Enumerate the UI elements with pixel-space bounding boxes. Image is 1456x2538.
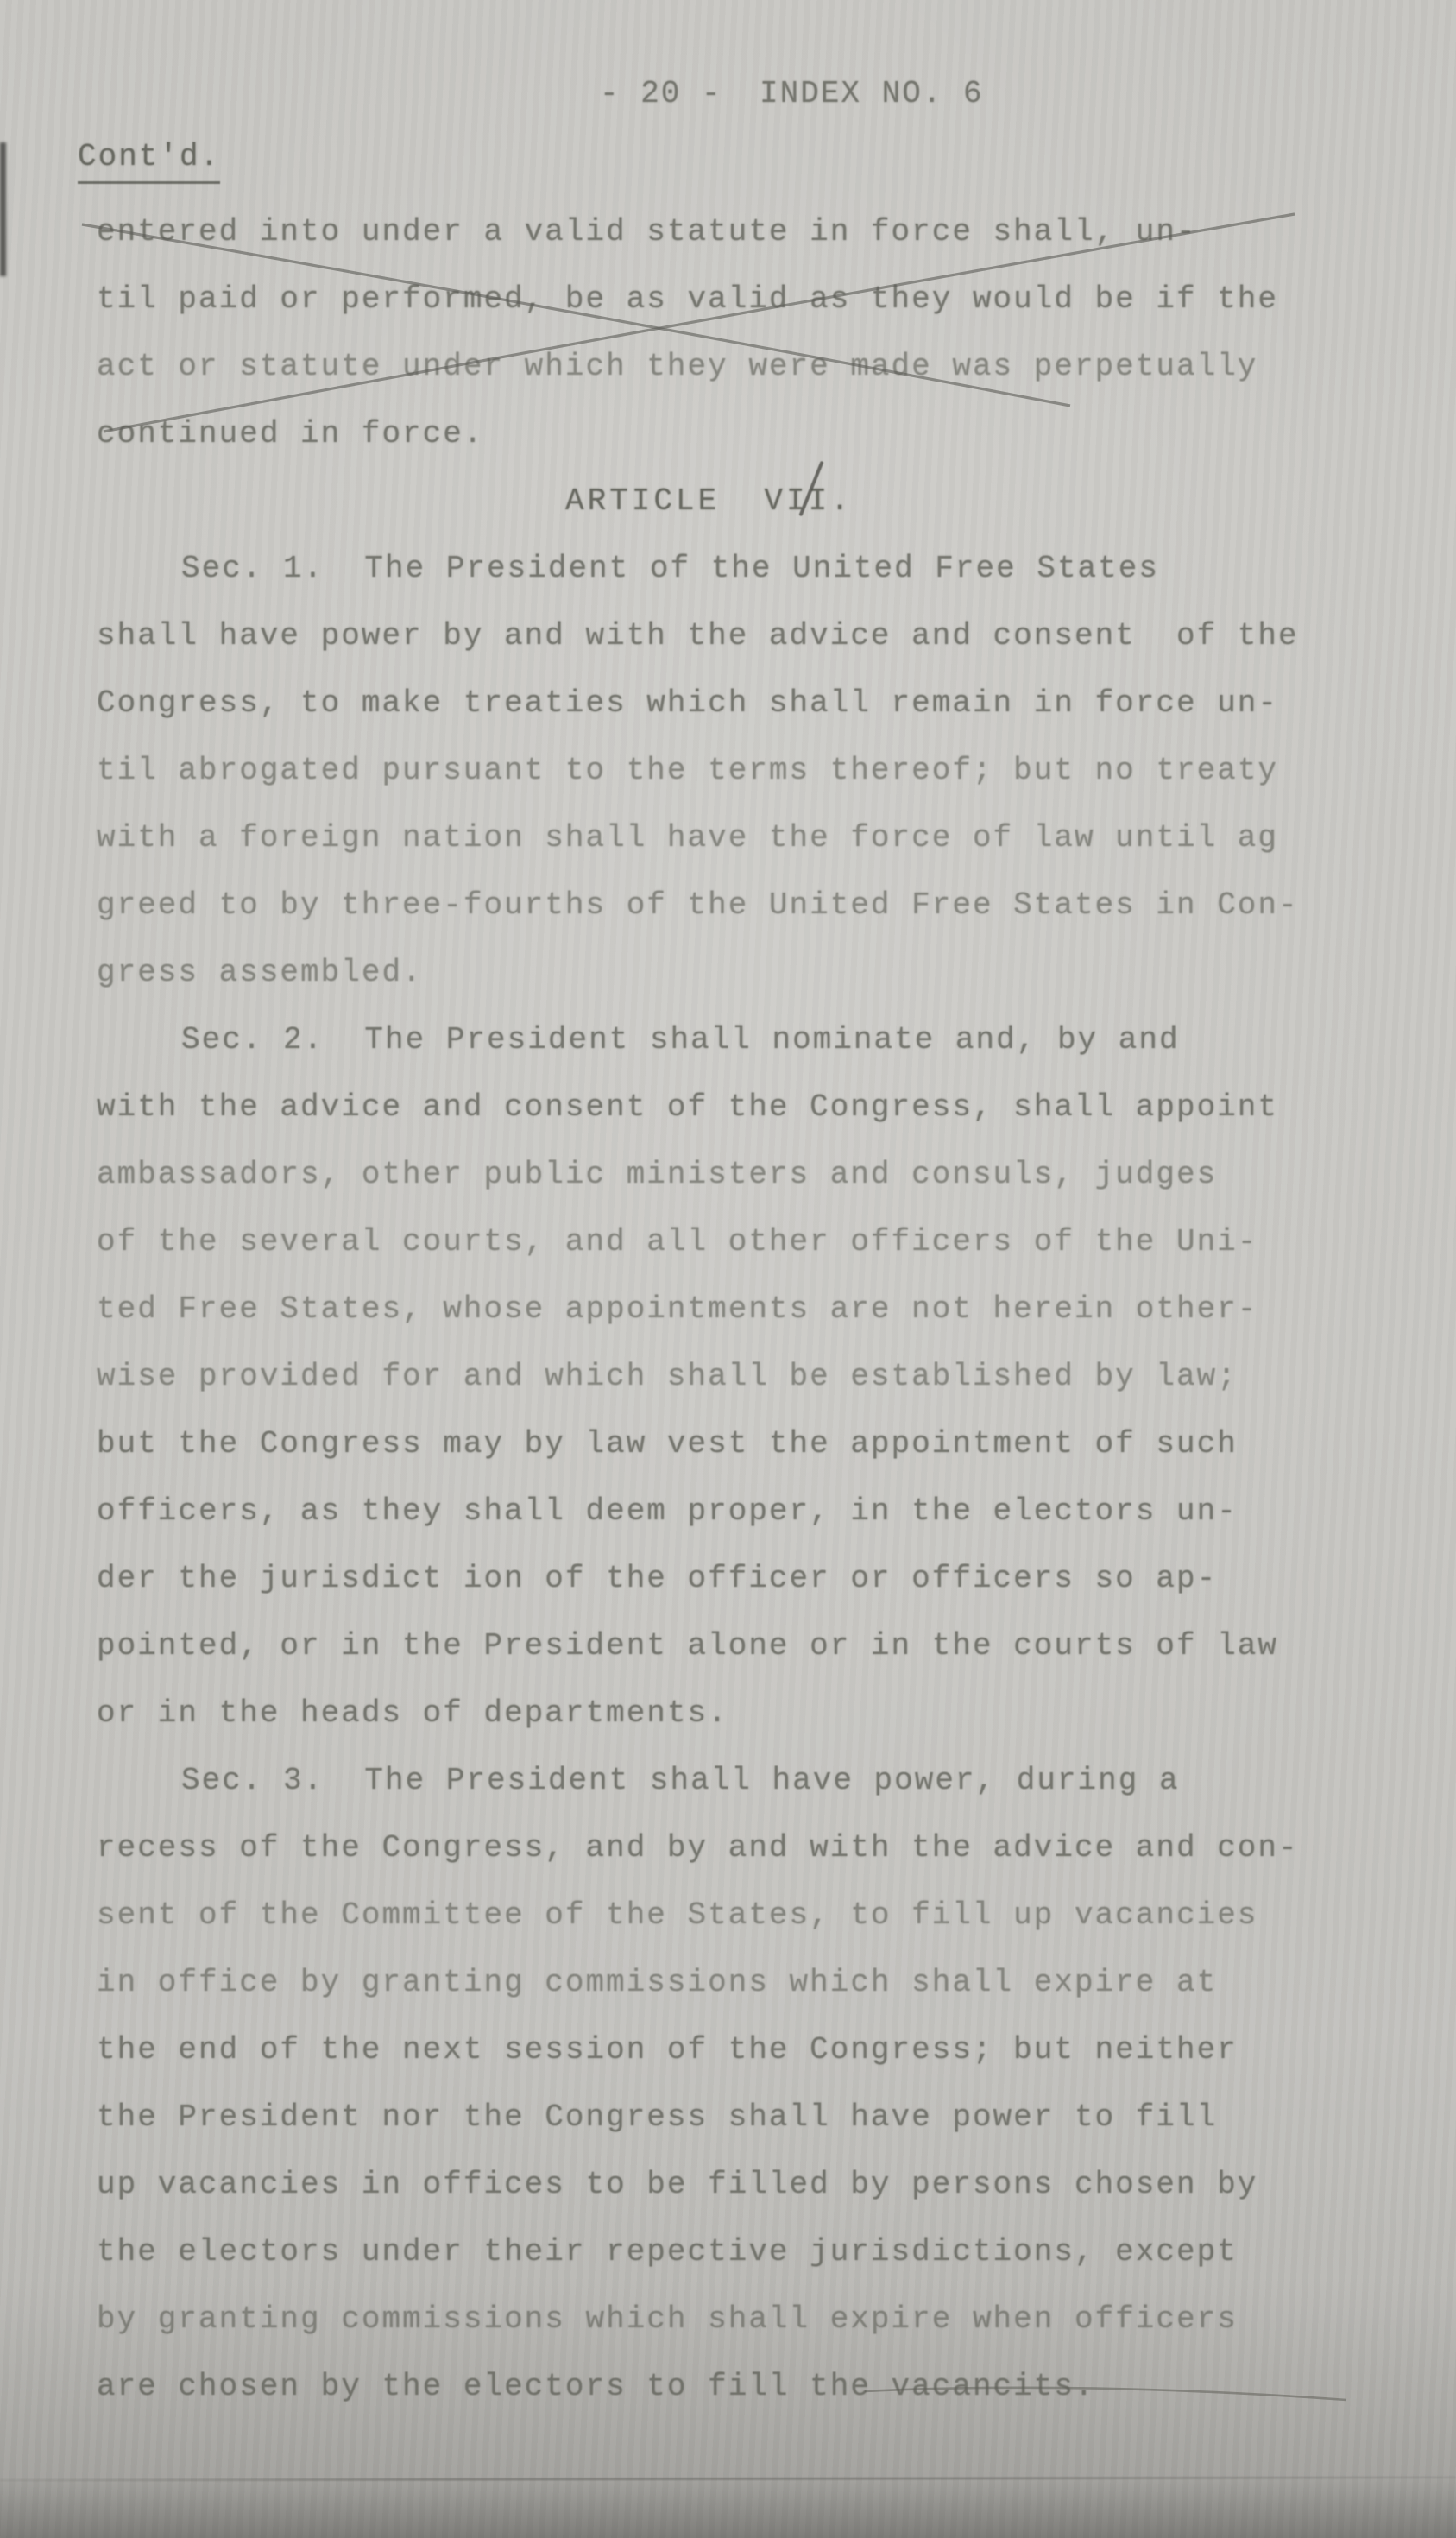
typed-line: Congress, to make treaties which shall r… [97, 683, 1278, 724]
typed-line: but the Congress may by law vest the app… [97, 1424, 1238, 1465]
typed-line: of the several courts, and all other off… [97, 1222, 1257, 1263]
scan-edge-artifact [0, 142, 6, 276]
typed-line: greed to by three-fourths of the United … [97, 885, 1299, 926]
typed-line: with the advice and consent of the Congr… [97, 1087, 1278, 1128]
index-label: INDEX NO. 6 [760, 73, 984, 115]
typed-line: the electors under their repective juris… [97, 2232, 1238, 2273]
typed-line: in office by granting commissions which … [97, 1962, 1217, 2004]
typed-line: are chosen by the electors to fill the v… [97, 2366, 1095, 2408]
typed-line: or in the heads of departments. [97, 1693, 728, 1734]
typed-line: continued in force. [97, 414, 483, 455]
typed-line: act or statute under which they were mad… [97, 346, 1257, 388]
typed-line: ted Free States, whose appointments are … [97, 1289, 1257, 1330]
typed-line: pointed, or in the President alone or in… [97, 1626, 1278, 1667]
typed-line-sec3: Sec. 3. The President shall have power, … [181, 1760, 1180, 1802]
bottom-shadow [0, 2478, 1456, 2538]
typed-line: der the jurisdict ion of the officer or … [97, 1558, 1217, 1600]
typed-line: gress assembled. [97, 952, 423, 994]
typed-line: ambassadors, other public ministers and … [97, 1154, 1217, 1196]
typed-line: recess of the Congress, and by and with … [97, 1828, 1299, 1869]
scanned-document-page: - 20 - INDEX NO. 6 Cont'd. entered into … [0, 0, 1456, 2538]
typed-line: entered into under a valid statute in fo… [97, 211, 1197, 253]
typed-line: shall have power by and with the advice … [97, 616, 1299, 657]
typed-line: til paid or performed, be as valid as th… [97, 279, 1278, 320]
typed-line: sent of the Committee of the States, to … [97, 1895, 1257, 1936]
page-number: - 20 - [600, 73, 722, 115]
typed-line: til abrogated pursuant to the terms ther… [97, 750, 1278, 792]
typed-line: with a foreign nation shall have the for… [97, 818, 1278, 859]
typed-line-sec1: Sec. 1. The President of the United Free… [181, 548, 1159, 590]
typed-line: the President nor the Congress shall hav… [97, 2097, 1217, 2138]
typed-line: the end of the next session of the Congr… [97, 2030, 1238, 2071]
typed-line: officers, as they shall deem proper, in … [97, 1491, 1238, 1532]
typed-line-sec2: Sec. 2. The President shall nominate and… [181, 1020, 1180, 1061]
continuation-label: Cont'd. [78, 136, 220, 184]
typed-line: up vacancies in offices to be filled by … [97, 2164, 1257, 2206]
typed-line: by granting commissions which shall expi… [97, 2299, 1238, 2340]
typed-line: wise provided for and which shall be est… [97, 1356, 1238, 1398]
